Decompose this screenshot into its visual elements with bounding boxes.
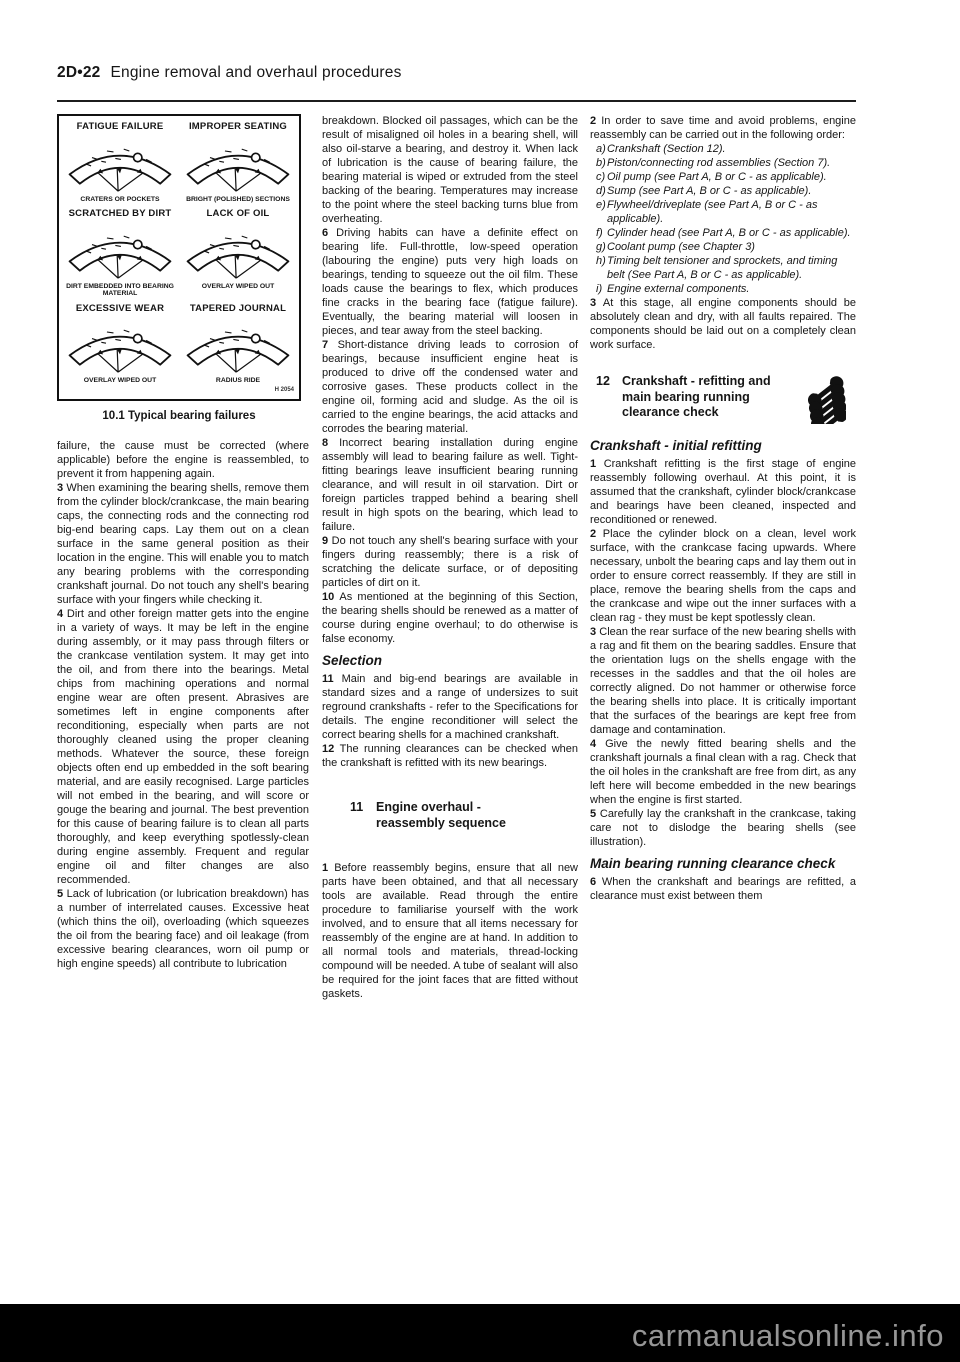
list-letter: f)	[590, 226, 607, 240]
list-item: e)Flywheel/driveplate (see Part A, B or …	[590, 198, 856, 226]
list-text: Crankshaft (Section 12).	[607, 142, 856, 156]
bearing-illustration	[64, 135, 176, 195]
paragraph-text: In order to save time and avoid problems…	[590, 115, 856, 141]
paragraph-text: Carefully lay the crankshaft in the cran…	[590, 808, 856, 848]
list-letter: e)	[590, 198, 607, 226]
list-item: f)Cylinder head (see Part A, B or C - as…	[590, 226, 856, 240]
list-item: g)Coolant pump (see Chapter 3)	[590, 240, 856, 254]
paragraph-text: Lack of lubrication (or lubrication brea…	[57, 888, 309, 970]
figure-panel: EXCESSIVE WEAR OVERLAY WIPED OUT	[61, 302, 179, 389]
paragraph-text: breakdown. Blocked oil passages, which c…	[322, 115, 578, 225]
panel-label: SCRATCHED BY DIRT	[69, 209, 172, 220]
paragraph-number: 12	[322, 743, 334, 755]
paragraph-number: 5	[590, 808, 596, 820]
panel-label: IMPROPER SEATING	[189, 122, 287, 133]
paragraph: 10 As mentioned at the beginning of this…	[322, 590, 578, 646]
list-letter: c)	[590, 170, 607, 184]
figure-credit: H 2054	[275, 383, 294, 397]
paragraph-text: Incorrect bearing installation during en…	[322, 437, 578, 533]
paragraph-number: 3	[590, 297, 596, 309]
section-number: 12	[596, 374, 622, 424]
paragraph-text: As mentioned at the beginning of this Se…	[322, 591, 578, 645]
paragraph: 6 Driving habits can have a definite eff…	[322, 226, 578, 338]
paragraph: 6 When the crankshaft and bearings are r…	[590, 875, 856, 903]
paragraph-number: 1	[590, 458, 596, 470]
panel-label: TAPERED JOURNAL	[190, 304, 286, 315]
paragraph: 1 Before reassembly begins, ensure that …	[322, 861, 578, 1001]
paragraph: 8 Incorrect bearing installation during …	[322, 436, 578, 534]
header-rule	[57, 100, 856, 102]
paragraph-number: 5	[57, 888, 63, 900]
panel-sublabel: RADIUS RIDE	[216, 377, 260, 385]
reassembly-order-list: a)Crankshaft (Section 12). b)Piston/conn…	[590, 142, 856, 296]
figure-panel: LACK OF OIL OVERLAY WIPED OUT	[179, 207, 297, 302]
list-text: Piston/connecting rod assemblies (Sectio…	[607, 156, 856, 170]
section-title: Crankshaft - refitting and main bearing …	[622, 374, 798, 424]
paragraph-text: When the crankshaft and bearings are ref…	[590, 876, 856, 902]
list-item: b)Piston/connecting rod assemblies (Sect…	[590, 156, 856, 170]
paragraph: 3 When examining the bearing shells, rem…	[57, 481, 309, 607]
list-letter: i)	[590, 282, 607, 296]
page-number: 2D•22	[57, 64, 100, 81]
paragraph: 2 Place the cylinder block on a clean, l…	[590, 527, 856, 625]
figure-caption: 10.1 Typical bearing failures	[57, 409, 301, 423]
paragraph: 5 Carefully lay the crankshaft in the cr…	[590, 807, 856, 849]
section-heading-11: 11 Engine overhaul - reassembly sequence	[350, 800, 578, 831]
list-text: Engine external components.	[607, 282, 856, 296]
paragraph-text: failure, the cause must be corrected (wh…	[57, 440, 309, 480]
figure-panel: TAPERED JOURNAL RADIUS RIDE	[179, 302, 297, 389]
paragraph-number: 3	[57, 482, 63, 494]
paragraph-number: 9	[322, 535, 328, 547]
bearing-illustration	[64, 222, 176, 282]
bearing-illustration	[182, 222, 294, 282]
paragraph-text: Before reassembly begins, ensure that al…	[322, 862, 578, 1000]
paragraph-text: Main and big-end bearings are available …	[322, 673, 578, 741]
watermark-text: carmanualsonline.info	[632, 1318, 944, 1354]
paragraph-text: Clean the rear surface of the new bearin…	[590, 626, 856, 736]
figure-panel: FATIGUE FAILURE CRATERS OR POCKETS	[61, 120, 179, 207]
page-header: 2D•22Engine removal and overhaul procedu…	[57, 64, 402, 82]
paragraph-number: 10	[322, 591, 334, 603]
bearing-illustration	[64, 316, 176, 376]
paragraph-text: Driving habits can have a definite effec…	[322, 227, 578, 337]
list-item: a)Crankshaft (Section 12).	[590, 142, 856, 156]
list-letter: a)	[590, 142, 607, 156]
list-item: d)Sump (see Part A, B or C - as applicab…	[590, 184, 856, 198]
paragraph: 3 Clean the rear surface of the new bear…	[590, 625, 856, 737]
paragraph-number: 2	[590, 528, 596, 540]
watermark-bar: carmanualsonline.info	[0, 1304, 960, 1362]
paragraph-number: 6	[590, 876, 596, 888]
paragraph: 1 Crankshaft refitting is the first stag…	[590, 457, 856, 527]
list-item: c)Oil pump (see Part A, B or C - as appl…	[590, 170, 856, 184]
paragraph-text: The running clearances can be checked wh…	[322, 743, 578, 769]
list-letter: b)	[590, 156, 607, 170]
panel-sublabel: BRIGHT (POLISHED) SECTIONS	[186, 196, 290, 204]
paragraph-number: 3	[590, 626, 596, 638]
paragraph-text: When examining the bearing shells, remov…	[57, 482, 309, 606]
paragraph: 2 In order to save time and avoid proble…	[590, 114, 856, 142]
paragraph: 12 The running clearances can be checked…	[322, 742, 578, 770]
panel-sublabel: OVERLAY WIPED OUT	[84, 377, 157, 385]
figure-panel: SCRATCHED BY DIRT DIRT EMBEDDED INTO BEA…	[61, 207, 179, 302]
panel-label: LACK OF OIL	[207, 209, 270, 220]
panel-label: EXCESSIVE WEAR	[76, 304, 164, 315]
bearing-illustration	[182, 135, 294, 195]
paragraph-number: 7	[322, 339, 328, 351]
paragraph: 3 At this stage, all engine components s…	[590, 296, 856, 352]
subheading-selection: Selection	[322, 653, 578, 668]
paragraph-text: Crankshaft refitting is the first stage …	[590, 458, 856, 526]
paragraph: failure, the cause must be corrected (wh…	[57, 439, 309, 481]
paragraph: breakdown. Blocked oil passages, which c…	[322, 114, 578, 226]
paragraph: 11 Main and big-end bearings are availab…	[322, 672, 578, 742]
list-text: Sump (see Part A, B or C - as applicable…	[607, 184, 856, 198]
list-text: Oil pump (see Part A, B or C - as applic…	[607, 170, 856, 184]
paragraph-text: Short-distance driving leads to corrosio…	[322, 339, 578, 435]
list-text: Cylinder head (see Part A, B or C - as a…	[607, 226, 856, 240]
paragraph-number: 2	[590, 115, 596, 127]
list-letter: d)	[590, 184, 607, 198]
paragraph-number: 4	[57, 608, 63, 620]
paragraph-text: At this stage, all engine components sho…	[590, 297, 856, 351]
manual-page: 2D•22Engine removal and overhaul procedu…	[0, 0, 960, 1362]
list-item: h)Timing belt tensioner and sprockets, a…	[590, 254, 856, 282]
paragraph: 9 Do not touch any shell's bearing surfa…	[322, 534, 578, 590]
paragraph: 7 Short-distance driving leads to corros…	[322, 338, 578, 436]
panel-sublabel: CRATERS OR POCKETS	[80, 196, 159, 204]
figure-panel: IMPROPER SEATING BRIGHT (POLISHED) SECTI…	[179, 120, 297, 207]
paragraph: 5 Lack of lubrication (or lubrication br…	[57, 887, 309, 971]
section-heading-12: 12 Crankshaft - refitting and main beari…	[596, 374, 856, 424]
paragraph-number: 1	[322, 862, 328, 874]
paragraph-text: Dirt and other foreign matter gets into …	[57, 608, 309, 886]
list-text: Flywheel/driveplate (see Part A, B or C …	[607, 198, 856, 226]
section-number: 11	[350, 800, 376, 831]
paragraph-number: 4	[590, 738, 596, 750]
panel-sublabel: OVERLAY WIPED OUT	[202, 283, 275, 291]
paragraph-number: 6	[322, 227, 328, 239]
paragraph: 4 Dirt and other foreign matter gets int…	[57, 607, 309, 887]
paragraph-text: Do not touch any shell's bearing surface…	[322, 535, 578, 589]
list-text: Timing belt tensioner and sprockets, and…	[607, 254, 856, 282]
list-item: i)Engine external components.	[590, 282, 856, 296]
list-letter: h)	[590, 254, 607, 282]
subheading-crankshaft-refitting: Crankshaft - initial refitting	[590, 438, 856, 453]
paragraph-number: 8	[322, 437, 328, 449]
list-letter: g)	[590, 240, 607, 254]
column-right: 2 In order to save time and avoid proble…	[590, 114, 856, 903]
paragraph-text: Place the cylinder block on a clean, lev…	[590, 528, 856, 624]
panel-sublabel: DIRT EMBEDDED INTO BEARING MATERIAL	[62, 283, 178, 298]
bearing-illustration	[182, 316, 294, 376]
list-text: Coolant pump (see Chapter 3)	[607, 240, 856, 254]
column-middle: breakdown. Blocked oil passages, which c…	[322, 114, 578, 1001]
subheading-main-bearing-clearance: Main bearing running clearance check	[590, 856, 856, 871]
page-title: Engine removal and overhaul procedures	[110, 64, 401, 81]
paragraph-number: 11	[322, 673, 334, 685]
spanner-difficulty-icon	[808, 372, 846, 424]
paragraph-text: Give the newly fitted bearing shells and…	[590, 738, 856, 806]
panel-label: FATIGUE FAILURE	[77, 122, 164, 133]
section-title: Engine overhaul - reassembly sequence	[376, 800, 526, 831]
figure-box: FATIGUE FAILURE CRATERS OR POCKETS IMPRO…	[57, 114, 301, 401]
paragraph: 4 Give the newly fitted bearing shells a…	[590, 737, 856, 807]
column-left: FATIGUE FAILURE CRATERS OR POCKETS IMPRO…	[57, 114, 309, 971]
